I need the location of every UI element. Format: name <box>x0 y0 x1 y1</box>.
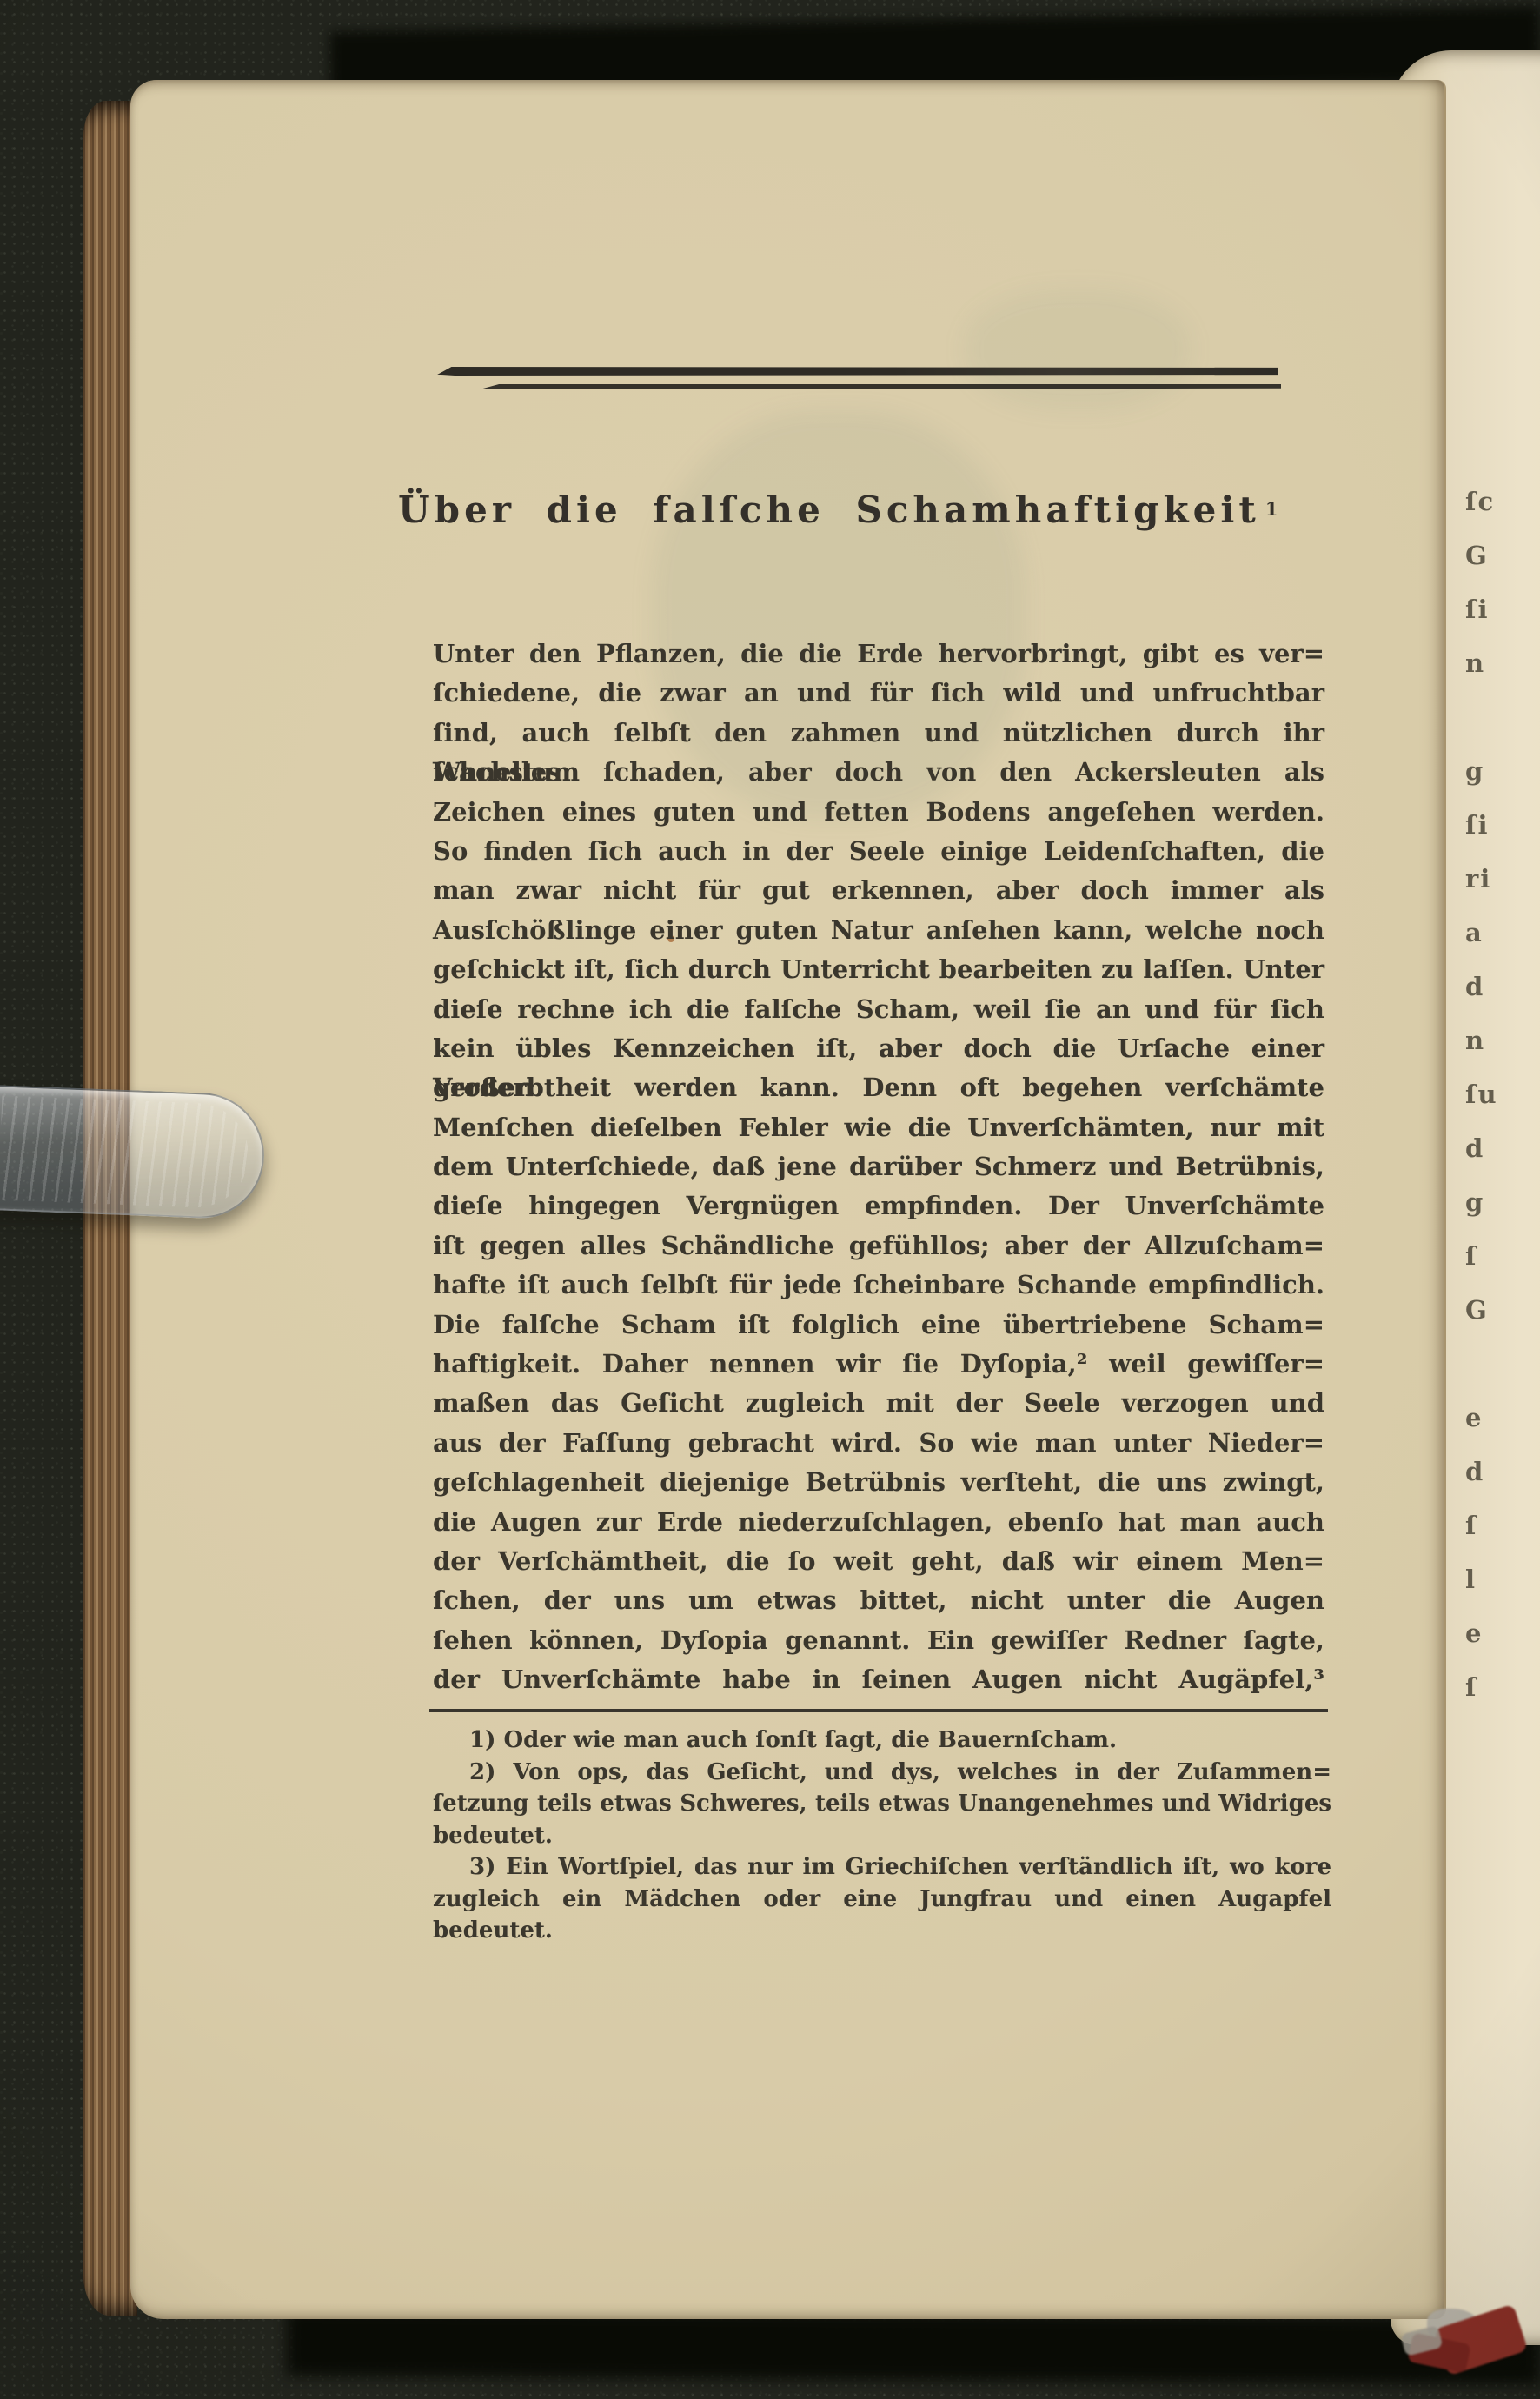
chapter-title-text: Über die falſche Schamhaftigkeit <box>398 488 1260 531</box>
body-line: Unter den Pflanzen, die die Erde hervorb… <box>433 635 1324 674</box>
page-holder-clip <box>0 1085 267 1220</box>
verso-show-through <box>965 289 1191 410</box>
body-line: geſchickt iſt, ſich durch Unterricht bea… <box>433 950 1324 989</box>
next-page-partial-glyph: ſ <box>1465 1672 1477 1702</box>
next-page-partial-glyph: ſu <box>1465 1080 1498 1109</box>
body-line: der Verſchämtheit, die ſo weit geht, daß… <box>433 1542 1324 1581</box>
body-line: der Unverſchämte habe in ſeinen Augen ni… <box>433 1660 1324 1699</box>
chapter-title-footnote-ref: 1 <box>1265 498 1278 520</box>
footnote-line: 2) Von ops, das Geſicht, und dys, welche… <box>433 1757 1331 1789</box>
next-page-partial-glyph: l <box>1465 1565 1477 1594</box>
body-line: ſind, auch ſelbſt den zahmen und nützlic… <box>433 714 1324 753</box>
next-page-partial-glyph: e <box>1465 1403 1483 1432</box>
next-page-partial-glyph: G <box>1465 1295 1489 1325</box>
page-bottom-shadow <box>287 2309 1540 2384</box>
footnote-line: ſetzung teils etwas Schweres, teils etwa… <box>433 1788 1331 1820</box>
body-line: dem Unterſchiede, daß jene darüber Schme… <box>433 1147 1324 1186</box>
next-page-partial-glyph: ſc <box>1465 487 1495 516</box>
body-line: hafte iſt auch ſelbſt für jede ſcheinbar… <box>433 1266 1324 1305</box>
next-page-partial-glyph: ſi <box>1465 595 1490 624</box>
body-line: Verderbtheit werden kann. Denn oft begeh… <box>433 1068 1324 1107</box>
body-line: man zwar nicht für gut erkennen, aber do… <box>433 871 1324 910</box>
next-page-partial-glyph: e <box>1465 1618 1483 1648</box>
red-object <box>1401 2276 1531 2390</box>
body-line: haftigkeit. Daher nennen wir ſie Dyſopia… <box>433 1345 1324 1384</box>
next-page-partial-glyph: d <box>1465 972 1484 1001</box>
next-page-partial-glyph: g <box>1465 756 1484 786</box>
body-line: die Augen zur Erde niederzuſchlagen, ebe… <box>433 1503 1324 1542</box>
next-page-text-sliver: ſcGſingſiriadnſudgſGedſleſ <box>1465 0 1540 2399</box>
next-page-partial-glyph: n <box>1465 1026 1485 1055</box>
body-line: aus der Faſſung gebracht wird. So wie ma… <box>433 1424 1324 1463</box>
body-line: geſchlagenheit diejenige Betrübnis verſt… <box>433 1463 1324 1502</box>
chapter-title: Über die falſche Schamhaftigkeit1 <box>398 488 1250 531</box>
next-page-partial-glyph: a <box>1465 918 1484 947</box>
footnote-line: 1) Oder wie man auch ſonſt ſagt, die Bau… <box>433 1724 1331 1757</box>
body-line: maßen das Geſicht zugleich mit der Seele… <box>433 1384 1324 1423</box>
body-line: dieſe hingegen Vergnügen empfinden. Der … <box>433 1186 1324 1226</box>
body-line: ſchen, der uns um etwas bittet, nicht un… <box>433 1581 1324 1620</box>
body-line: iſt gegen alles Schändliche gefühllos; a… <box>433 1226 1324 1266</box>
body-line: dieſe rechne ich die falſche Scham, weil… <box>433 990 1324 1029</box>
body-line: Wachstum ſchaden, aber doch von den Acke… <box>433 753 1324 792</box>
book-scan-photo: ſcGſingſiriadnſudgſGedſleſ Über die falſ… <box>0 0 1540 2399</box>
body-line: Die falſche Scham iſt folglich eine über… <box>433 1306 1324 1345</box>
next-page-partial-glyph: d <box>1465 1133 1484 1163</box>
next-page-partial-glyph: n <box>1465 648 1485 678</box>
next-page-partial-glyph: g <box>1465 1187 1484 1217</box>
footnote-line: zugleich ein Mädchen oder eine Jungfrau … <box>433 1884 1331 1916</box>
next-page-partial-glyph: ſ <box>1465 1511 1477 1540</box>
body-line: Zeichen eines guten und fetten Bodens an… <box>433 793 1324 832</box>
footnotes-block: 1) Oder wie man auch ſonſt ſagt, die Bau… <box>433 1724 1331 1915</box>
body-line: kein übles Kennzeichen iſt, aber doch di… <box>433 1029 1324 1068</box>
footnote-separator-rule <box>429 1709 1328 1712</box>
body-line: Ausſchößlinge einer guten Natur anſehen … <box>433 911 1324 950</box>
body-line: ſehen können, Dyſopia genannt. Ein gewiſ… <box>433 1621 1324 1660</box>
body-line: ſchiedene, die zwar an und für ſich wild… <box>433 674 1324 713</box>
next-page-partial-glyph: ſ <box>1465 1241 1477 1271</box>
next-page-partial-glyph: ri <box>1465 864 1491 894</box>
body-line: Menſchen dieſelben Fehler wie die Unverſ… <box>433 1108 1324 1147</box>
footnote-line: bedeutet. <box>433 1820 1331 1852</box>
ornamental-rule-thick <box>436 367 1278 376</box>
next-page-partial-glyph: d <box>1465 1457 1484 1486</box>
footnote-line: 3) Ein Wortſpiel, das nur im Griechiſche… <box>433 1851 1331 1884</box>
next-page-partial-glyph: G <box>1465 541 1489 570</box>
book-page: Über die falſche Schamhaftigkeit1 Unter … <box>130 80 1446 2319</box>
next-page-partial-glyph: ſi <box>1465 810 1490 840</box>
body-paragraph: Unter den Pflanzen, die die Erde hervorb… <box>433 635 1324 1700</box>
body-line: So finden ſich auch in der Seele einige … <box>433 832 1324 871</box>
